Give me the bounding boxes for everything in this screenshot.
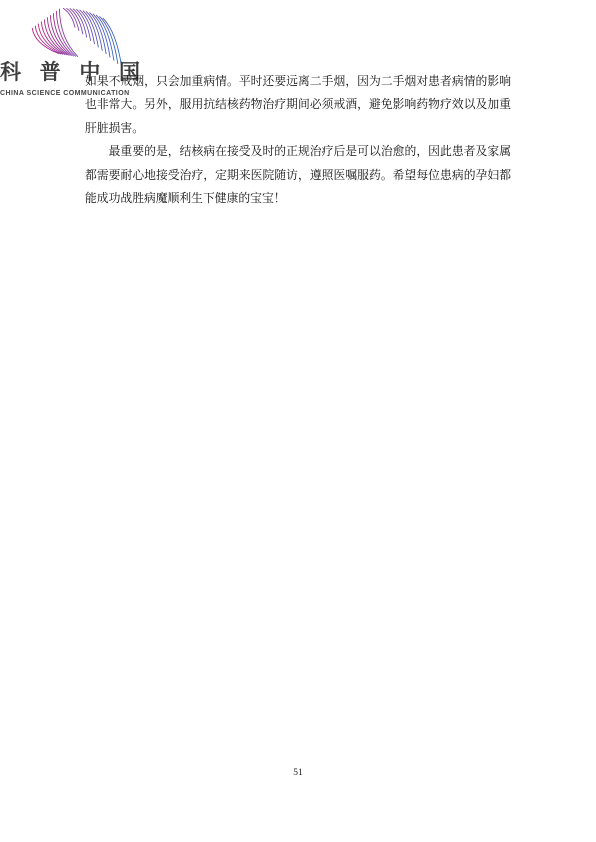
document-page: 科 普 中 国 CHINA SCIENCE COMMUNICATION 如果不戒… [0,0,596,842]
logo-cn-char: 科 [0,60,21,84]
paragraph-continuation: 如果不戒烟，只会加重病情。平时还要远离二手烟，因为二手烟对患者病情的影响也非常大… [85,70,511,140]
paragraph: 最重要的是，结核病在接受及时的正规治疗后是可以治愈的，因此患者及家属都需要耐心地… [85,140,511,210]
document-body: 如果不戒烟，只会加重病情。平时还要远离二手烟，因为二手烟对患者病情的影响也非常大… [85,70,511,210]
logo-cn-char: 普 [40,60,61,84]
page-number: 51 [0,768,596,778]
